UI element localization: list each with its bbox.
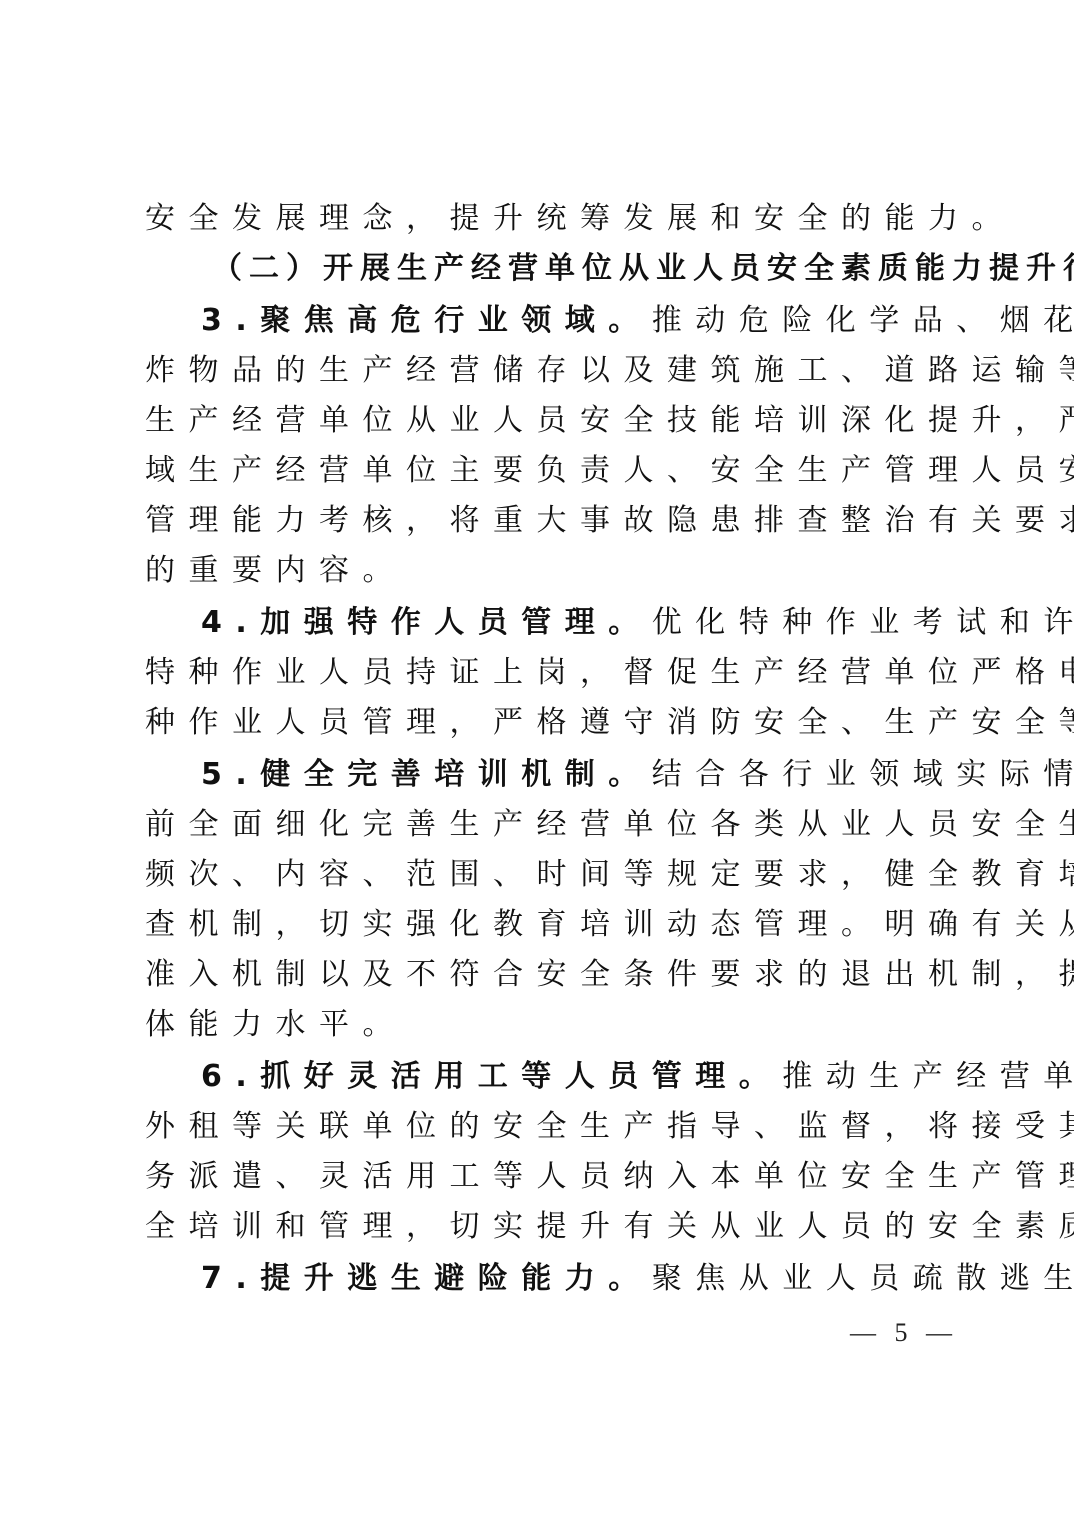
item-4-first-line: 4.加强特作人员管理。优化特种作业考试和许可管理，推动: [201, 605, 1001, 641]
document-page: 安全发展理念，提升统筹发展和安全的能力。 （二）开展生产经营单位从业人员安全素质…: [0, 0, 1074, 1520]
item-6-text: 推动生产经营单位加强对外包: [782, 1059, 1074, 1094]
paragraph-line: 生产经营单位从业人员安全技能培训深化提升，严格高危行业领: [145, 403, 945, 439]
paragraph-line: 域生产经营单位主要负责人、安全生产管理人员安全生产知识和: [145, 453, 945, 489]
paragraph-line: 种作业人员管理，严格遵守消防安全、生产安全等操作规程。: [145, 705, 945, 741]
item-4-title: 4.加强特作人员管理。: [201, 605, 652, 640]
item-5-first-line: 5.健全完善培训机制。结合各行业领域实际情况，2024 年底: [201, 757, 1001, 793]
page-number: — 5 —: [850, 1318, 958, 1348]
paragraph-line: 炸物品的生产经营储存以及建筑施工、道路运输等高危行业领域: [145, 353, 945, 389]
paragraph-line: 安全发展理念，提升统筹发展和安全的能力。: [145, 201, 945, 237]
section-heading: （二）开展生产经营单位从业人员安全素质能力提升行动: [212, 251, 1012, 287]
item-3-text: 推动危险化学品、烟花爆竹、民用爆: [652, 303, 1074, 338]
item-5-title: 5.健全完善培训机制。: [201, 757, 652, 792]
item-3-first-line: 3.聚焦高危行业领域。推动危险化学品、烟花爆竹、民用爆: [201, 303, 1001, 339]
item-5-text: 结合各行业领域实际情况，2024 年底: [652, 757, 1074, 792]
paragraph-line: 前全面细化完善生产经营单位各类从业人员安全生产教育培训的: [145, 807, 945, 843]
item-4-text: 优化特种作业考试和许可管理，推动: [652, 605, 1074, 640]
item-7-text: 聚焦从业人员疏散逃生避险意识能力: [652, 1261, 1074, 1296]
item-6-title: 6.抓好灵活用工等人员管理。: [201, 1059, 782, 1094]
paragraph-line: 务派遣、灵活用工等人员纳入本单位安全生产管理体系，严格安: [145, 1159, 945, 1195]
item-3-title: 3.聚焦高危行业领域。: [201, 303, 652, 338]
item-7-title: 7.提升逃生避险能力。: [201, 1261, 652, 1296]
paragraph-line: 特种作业人员持证上岗，督促生产经营单位严格电气焊作业等特: [145, 655, 945, 691]
paragraph-line: 的重要内容。: [145, 553, 945, 589]
paragraph-line: 查机制，切实强化教育培训动态管理。明确有关从业人员的安全: [145, 907, 945, 943]
paragraph-line: 外租等关联单位的安全生产指导、监督，将接受其作业指令的劳: [145, 1109, 945, 1145]
paragraph-line: 全培训和管理，切实提升有关从业人员的安全素质和能力。: [145, 1209, 945, 1245]
item-7-first-line: 7.提升逃生避险能力。聚焦从业人员疏散逃生避险意识能力: [201, 1261, 1001, 1297]
paragraph-line: 频次、内容、范围、时间等规定要求，健全教育培训效果督导检: [145, 857, 945, 893]
paragraph-line: 管理能力考核，将重大事故隐患排查整治有关要求作为培训考核: [145, 503, 945, 539]
paragraph-line: 准入机制以及不符合安全条件要求的退出机制，提升从业人员整: [145, 957, 945, 993]
paragraph-line: 体能力水平。: [145, 1007, 945, 1043]
item-6-first-line: 6.抓好灵活用工等人员管理。推动生产经营单位加强对外包: [201, 1059, 1001, 1095]
